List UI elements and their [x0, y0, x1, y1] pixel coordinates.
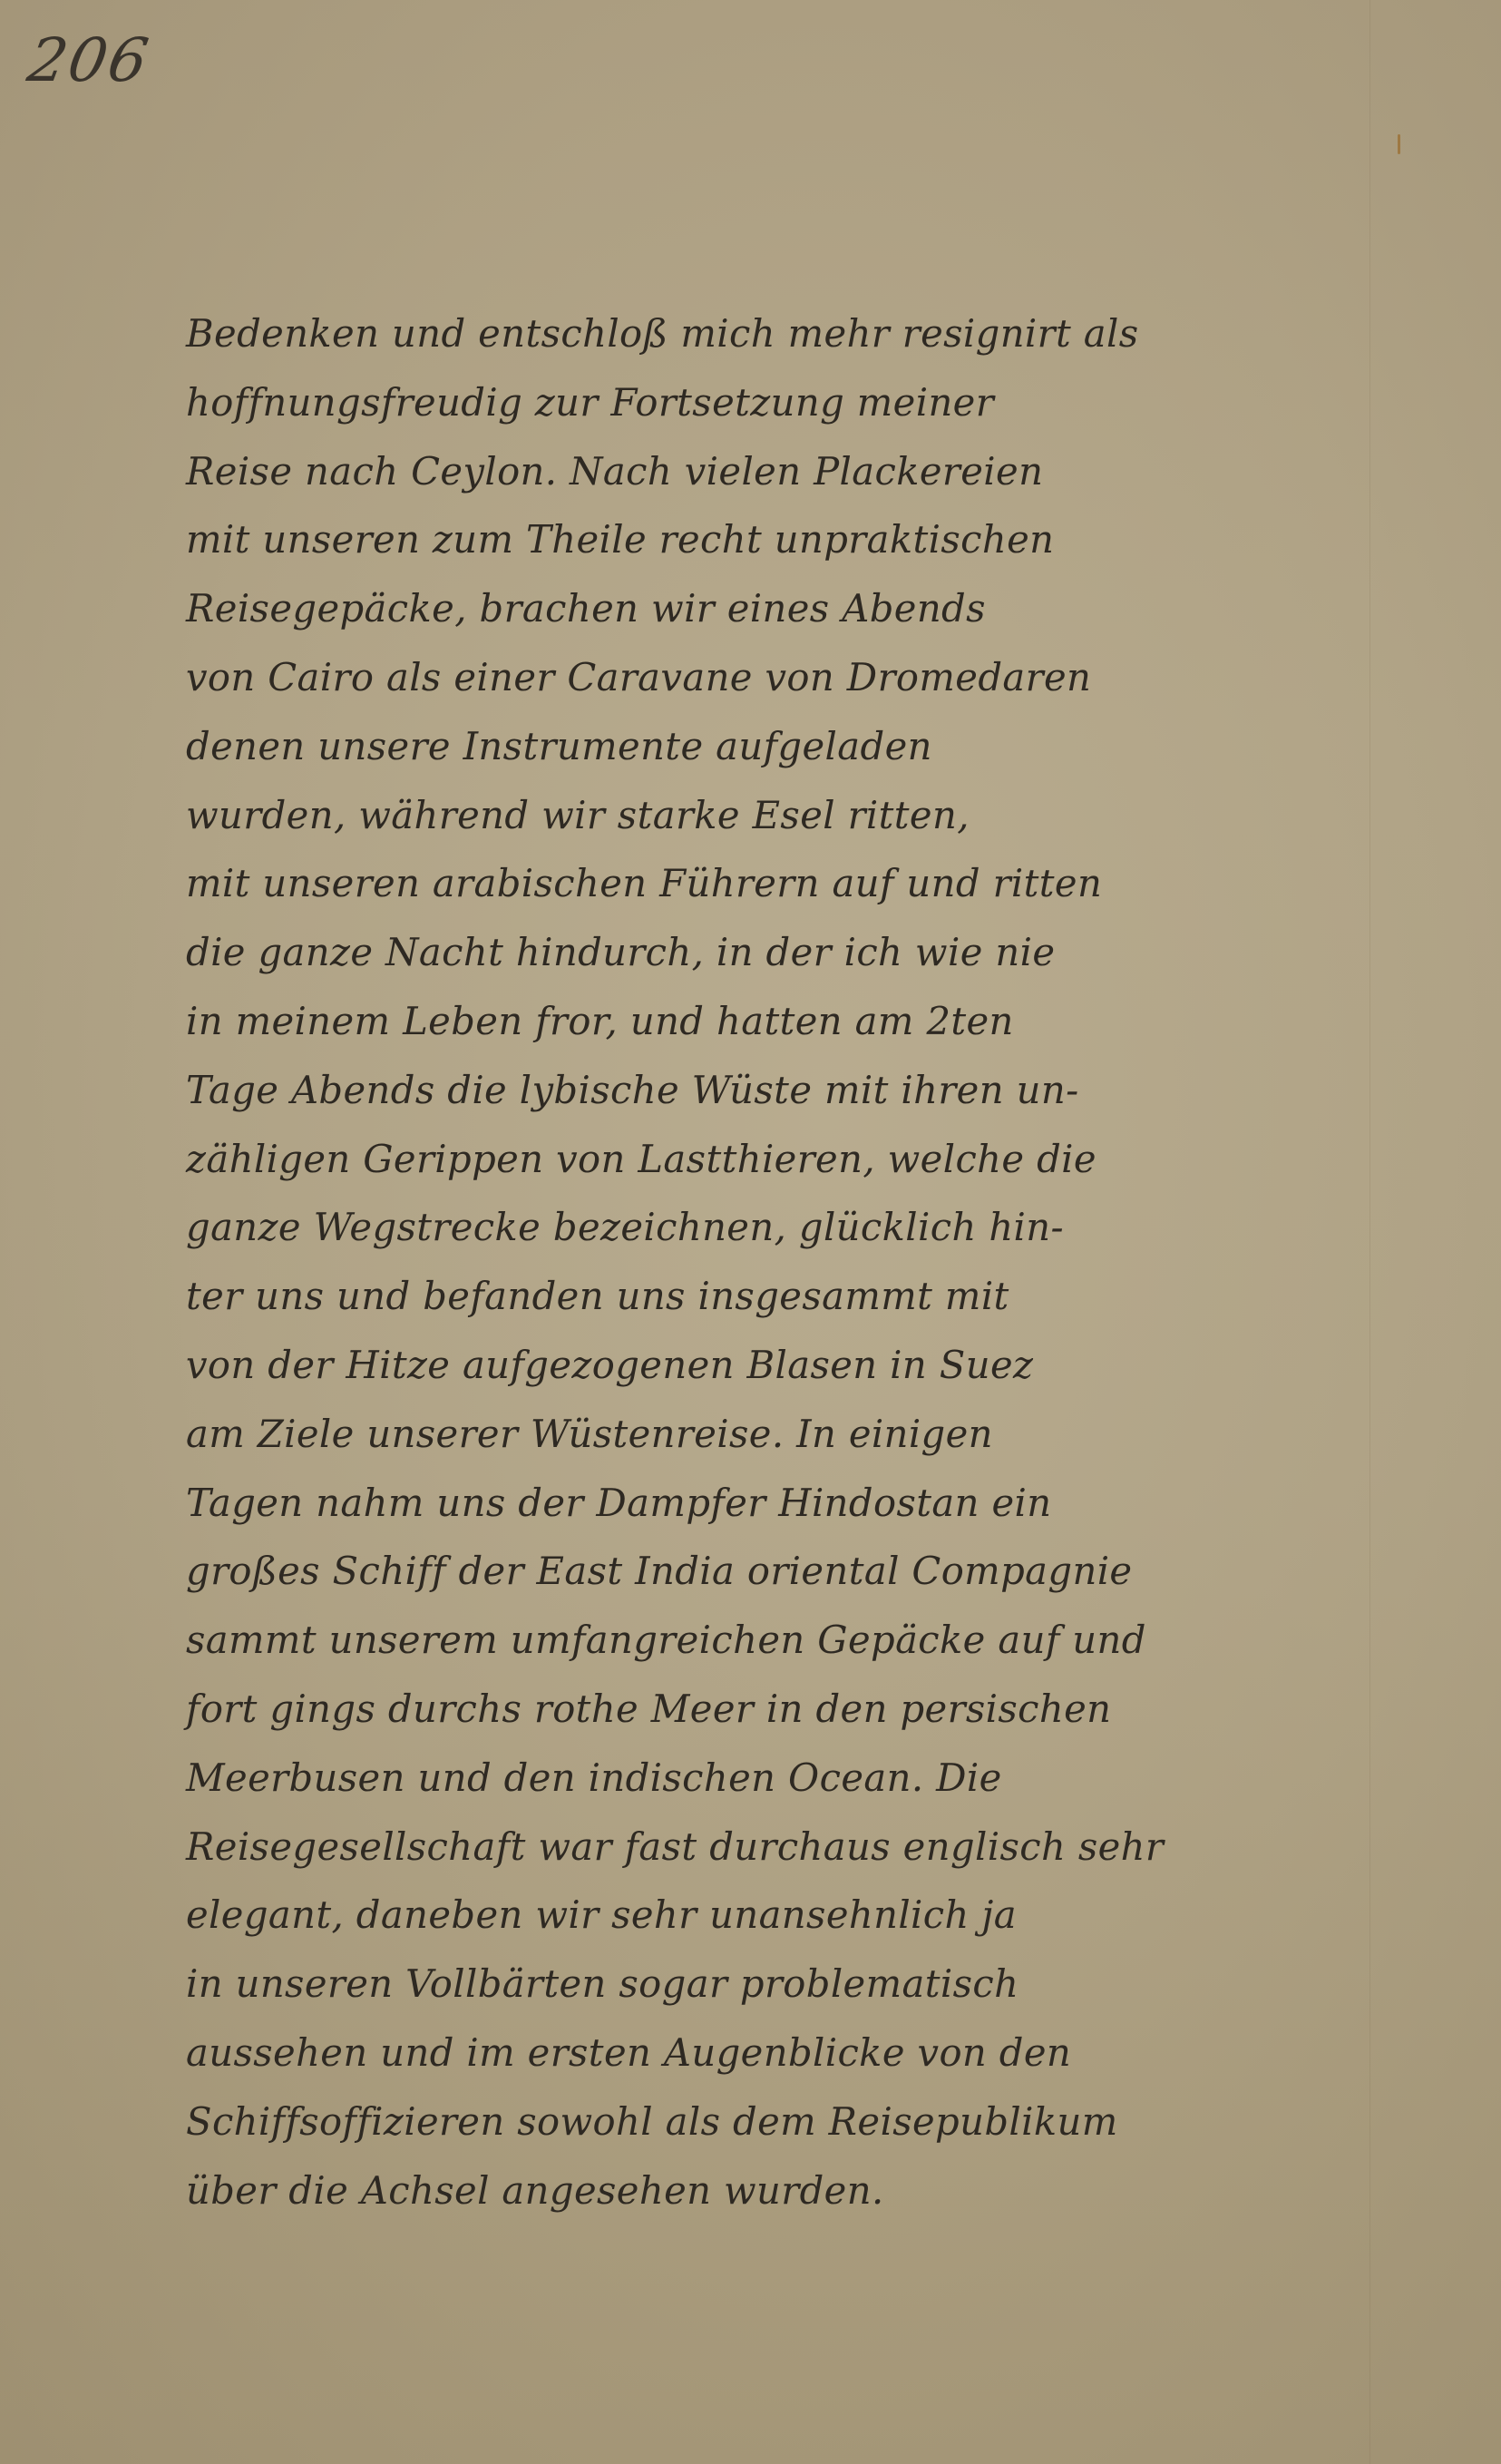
- text-line: denen unsere Instrumente aufgeladen: [186, 712, 1382, 781]
- text-line: von Cairo als einer Caravane von Dromeda…: [186, 643, 1382, 712]
- text-line: Reise nach Ceylon. Nach vielen Plackerei…: [186, 437, 1382, 506]
- text-line: Schiffsoffizieren sowohl als dem Reisepu…: [186, 2088, 1382, 2156]
- text-line: zähligen Gerippen von Lastthieren, welch…: [186, 1125, 1382, 1194]
- text-line: in meinem Leben fror, und hatten am 2ten: [186, 987, 1382, 1056]
- text-line: Reisegepäcke, brachen wir eines Abends: [186, 574, 1382, 643]
- handwritten-text-block: Bedenken und entschloß mich mehr resigni…: [186, 299, 1392, 2224]
- text-line: Meerbusen und den indischen Ocean. Die: [186, 1744, 1382, 1813]
- text-line: in unseren Vollbärten sogar problematisc…: [186, 1950, 1382, 2019]
- text-line: aussehen und im ersten Augenblicke von d…: [186, 2019, 1382, 2088]
- text-line: Reisegesellschaft war fast durchaus engl…: [186, 1813, 1382, 1882]
- text-line: mit unseren arabischen Führern auf und r…: [186, 849, 1382, 918]
- text-line: über die Achsel angesehen wurden.: [186, 2156, 1382, 2225]
- ink-mark: [1398, 134, 1400, 154]
- text-line: sammt unserem umfangreichen Gepäcke auf …: [186, 1606, 1382, 1675]
- text-line: Bedenken und entschloß mich mehr resigni…: [186, 299, 1382, 368]
- text-line: elegant, daneben wir sehr unansehnlich j…: [186, 1881, 1382, 1950]
- text-line: großes Schiff der East India oriental Co…: [186, 1537, 1382, 1606]
- manuscript-page: 206 Bedenken und entschloß mich mehr res…: [0, 0, 1501, 2464]
- text-line: ter uns und befanden uns insgesammt mit: [186, 1262, 1382, 1331]
- text-line: die ganze Nacht hindurch, in der ich wie…: [186, 918, 1382, 987]
- text-line: Tagen nahm uns der Dampfer Hindostan ein: [186, 1469, 1382, 1538]
- text-line: ganze Wegstrecke bezeichnen, glücklich h…: [186, 1193, 1382, 1262]
- text-line: am Ziele unserer Wüstenreise. In einigen: [186, 1400, 1382, 1469]
- text-line: von der Hitze aufgezogenen Blasen in Sue…: [186, 1331, 1382, 1400]
- text-line: wurden, während wir starke Esel ritten,: [186, 781, 1382, 850]
- text-line: mit unseren zum Theile recht unpraktisch…: [186, 505, 1382, 574]
- page-number: 206: [23, 25, 155, 95]
- text-line: hoffnungsfreudig zur Fortsetzung meiner: [186, 368, 1382, 437]
- text-line: Tage Abends die lybische Wüste mit ihren…: [186, 1056, 1382, 1125]
- text-line: fort gings durchs rothe Meer in den pers…: [186, 1675, 1382, 1744]
